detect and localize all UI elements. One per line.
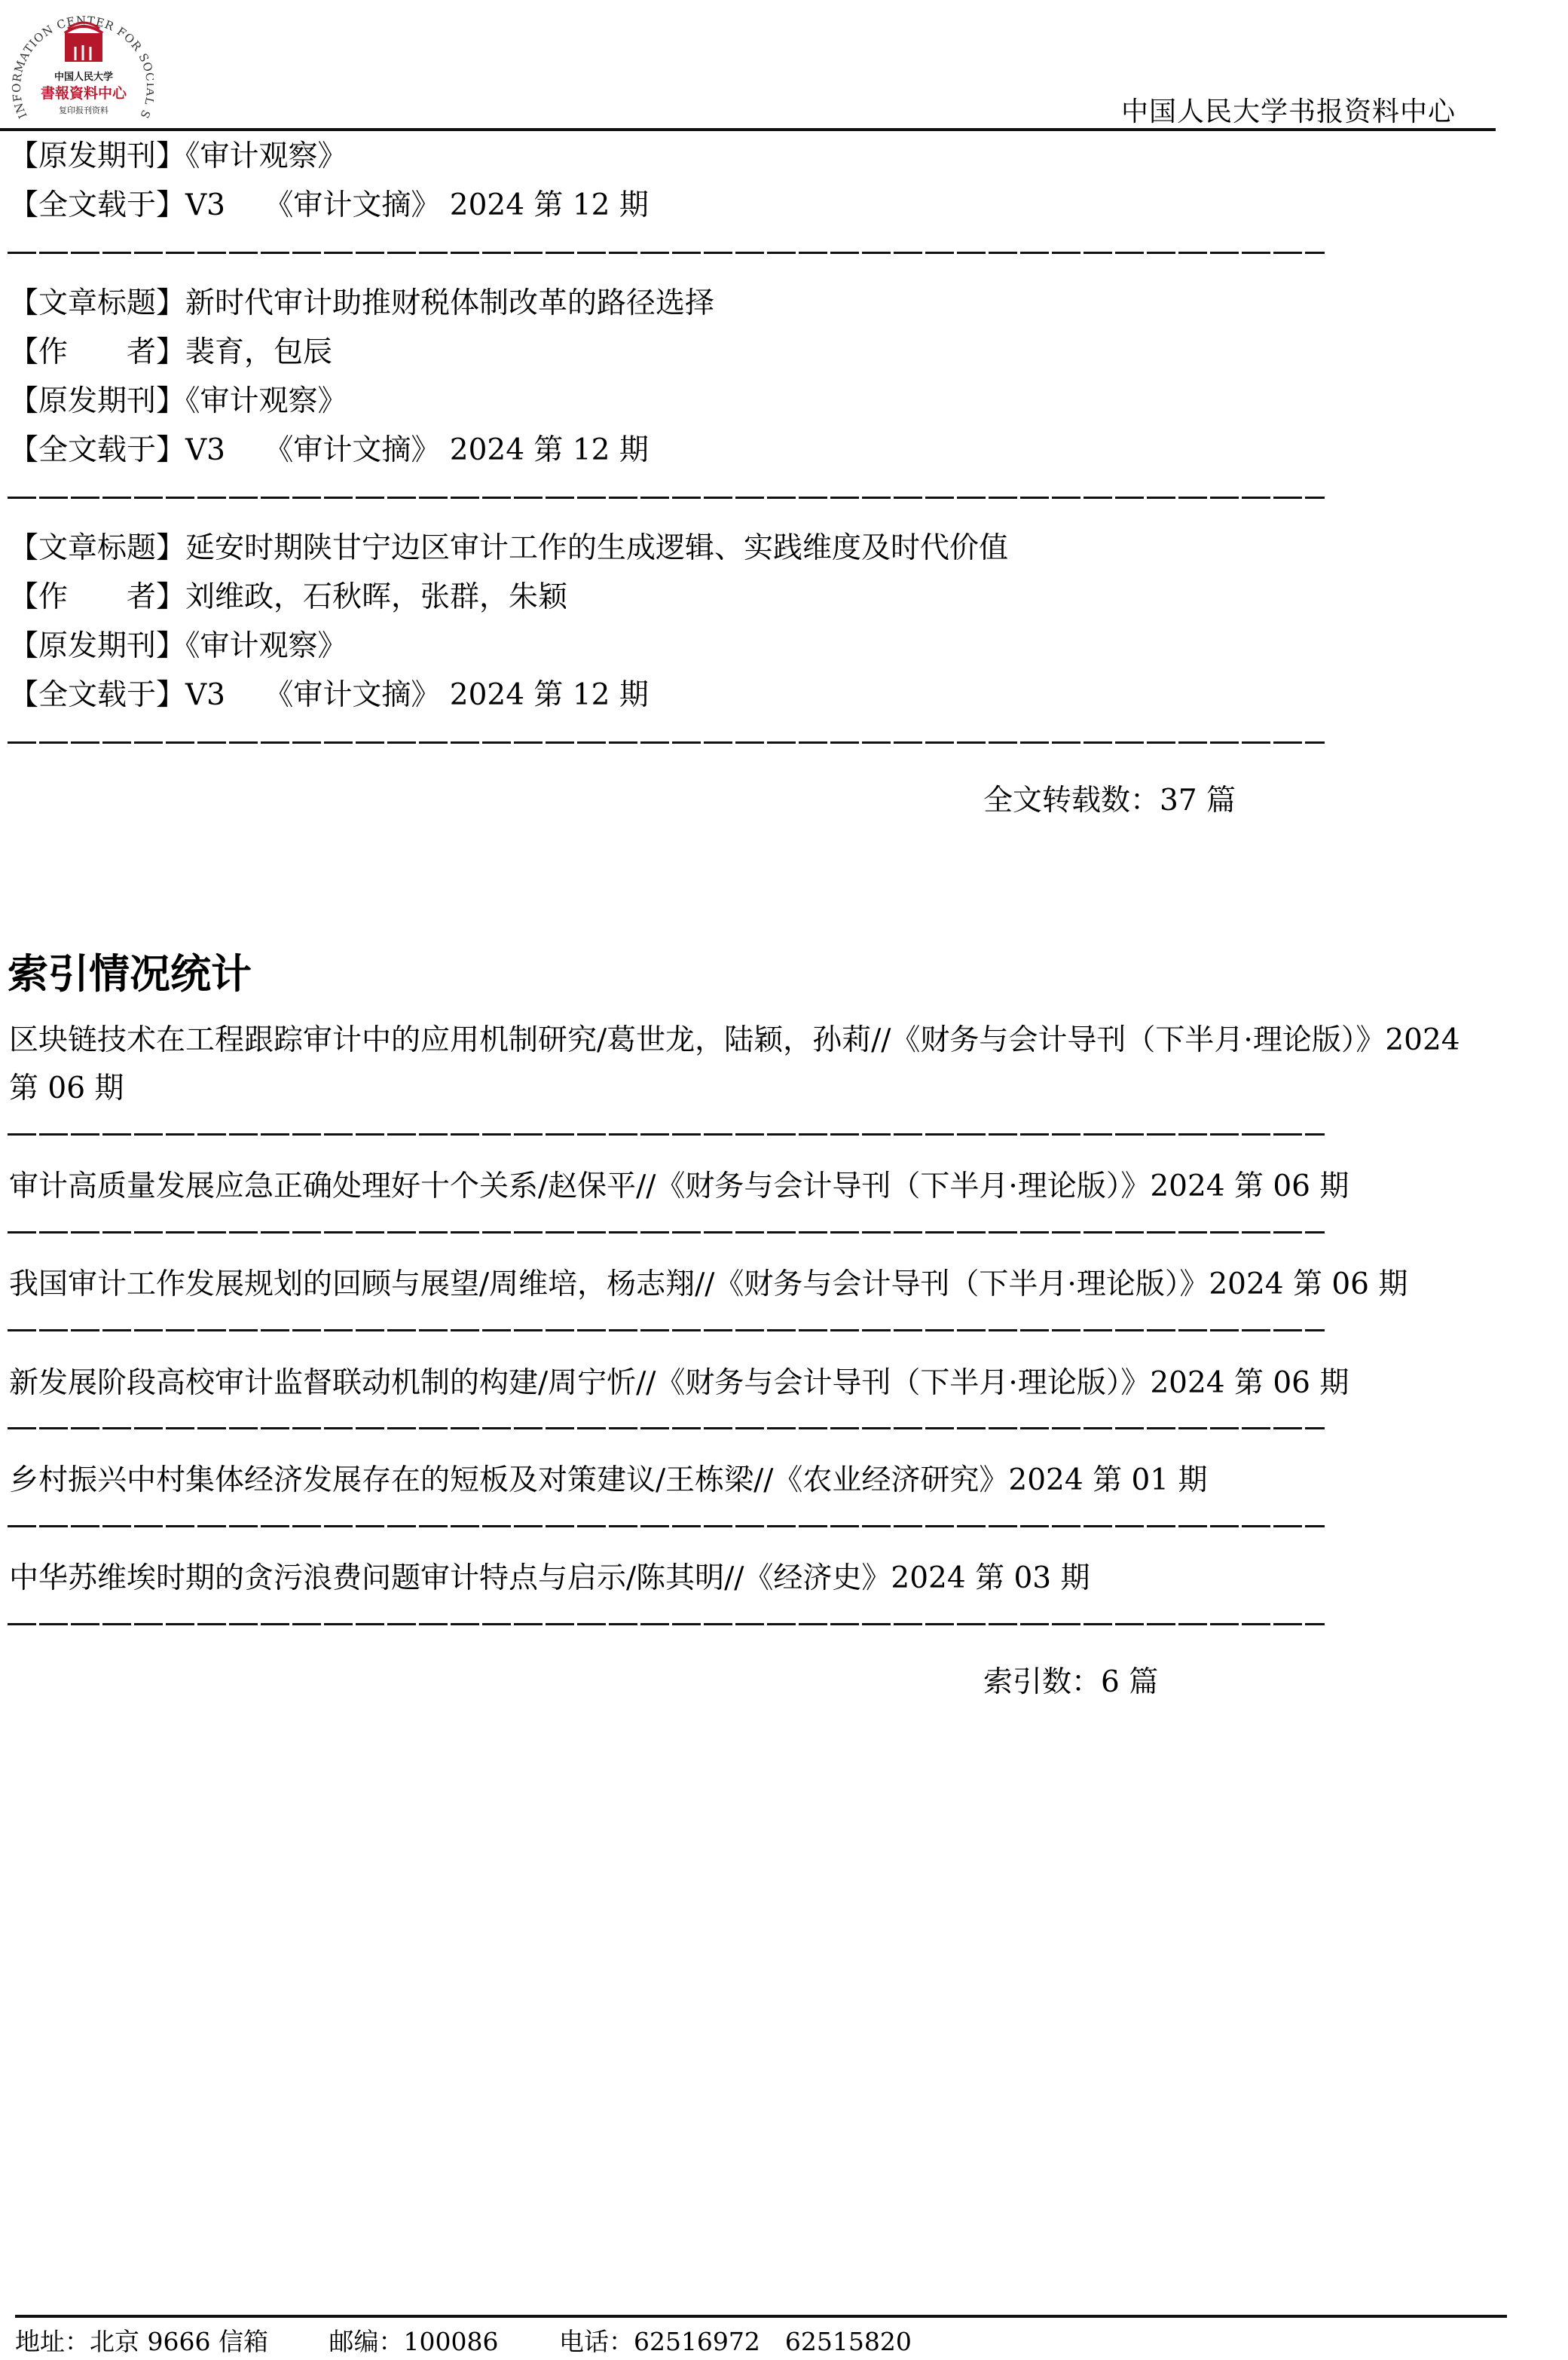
entry-field-title: 【文章标题】延安时期陕甘宁边区审计工作的生成逻辑、实践维度及时代价值: [9, 530, 1008, 567]
index-separator: [8, 1231, 1325, 1233]
field-label: 【全文载于】: [9, 678, 185, 712]
entry-field-title: 【文章标题】新时代审计助推财税体制改革的路径选择: [9, 286, 714, 322]
field-label: 【作 者】: [9, 580, 185, 614]
field-value: 延安时期陕甘宁边区审计工作的生成逻辑、实践维度及时代价值: [185, 531, 1008, 565]
field-value: 刘维政，石秋晖，张群，朱颖: [185, 580, 567, 614]
index-separator: [8, 1329, 1325, 1331]
header-title: 中国人民大学书报资料中心: [1121, 90, 1456, 129]
field-label: 【全文载于】: [9, 188, 185, 222]
section-title-index: 索引情况统计: [8, 942, 252, 1000]
entry-field-reprinted-in: 【全文载于】V3 《审计文摘》 2024 第 12 期: [9, 188, 649, 224]
index-item: 区块链技术在工程跟踪审计中的应用机制研究/葛世龙，陆颖，孙莉//《财务与会计导刊…: [9, 1023, 1460, 1059]
header-divider: [0, 128, 1496, 131]
field-label: 【文章标题】: [9, 286, 185, 320]
field-value: V3 《审计文摘》 2024 第 12 期: [185, 188, 649, 222]
logo-line2: 書報資料中心: [41, 84, 127, 102]
field-label: 【作 者】: [9, 335, 185, 369]
logo-line3: 复印报刊资料: [59, 105, 109, 115]
entry-field-reprinted-in: 【全文载于】V3 《审计文摘》 2024 第 12 期: [9, 433, 649, 469]
index-separator: [8, 1427, 1325, 1429]
field-label: 【文章标题】: [9, 531, 185, 565]
index-separator: [8, 1133, 1325, 1136]
field-value: 新时代审计助推财税体制改革的路径选择: [185, 286, 714, 320]
entry-separator: [8, 252, 1325, 254]
field-value: 裴育，包辰: [185, 335, 332, 369]
footer-postcode: 邮编：100086: [329, 2327, 498, 2356]
footer-address: 地址：北京 9666 信箱: [15, 2327, 268, 2356]
index-item-continuation: 第 06 期: [9, 1071, 124, 1107]
footer-divider: [15, 2315, 1507, 2318]
logo: INFORMATION CENTER FOR SOCIAL SCIENCES, …: [6, 3, 154, 127]
field-value: V3 《审计文摘》 2024 第 12 期: [185, 433, 649, 467]
logo-line1: 中国人民大学: [54, 71, 113, 83]
entry-field-journal: 【原发期刊】《审计观察》: [9, 384, 347, 420]
reprint-count: 全文转载数：37 篇: [983, 777, 1236, 819]
logo-arc-text: INFORMATION CENTER FOR SOCIAL SCIENCES, …: [6, 3, 154, 121]
index-separator: [8, 1623, 1325, 1625]
footer-phone: 电话：62516972 62515820: [559, 2327, 912, 2356]
index-separator: [8, 1525, 1325, 1527]
field-label: 【原发期刊】: [9, 139, 185, 173]
entry-field-journal: 【原发期刊】《审计观察》: [9, 139, 347, 175]
index-item: 中华苏维埃时期的贪污浪费问题审计特点与启示/陈其明//《经济史》2024 第 0…: [9, 1561, 1090, 1597]
entry-field-reprinted-in: 【全文载于】V3 《审计文摘》 2024 第 12 期: [9, 677, 649, 714]
index-item: 审计高质量发展应急正确处理好十个关系/赵保平//《财务与会计导刊（下半月·理论版…: [9, 1169, 1349, 1205]
field-value: 《审计观察》: [185, 384, 347, 418]
field-value: 《审计观察》: [185, 139, 347, 173]
logo-emblem-icon: INFORMATION CENTER FOR SOCIAL SCIENCES, …: [6, 3, 154, 127]
field-label: 【原发期刊】: [9, 384, 185, 418]
entry-field-author: 【作 者】裴育，包辰: [9, 335, 332, 371]
index-item: 乡村振兴中村集体经济发展存在的短板及对策建议/王栋梁//《农业经济研究》2024…: [9, 1463, 1208, 1499]
svg-text:INFORMATION CENTER FOR SOCIAL: INFORMATION CENTER FOR SOCIAL SCIENCES, …: [6, 3, 154, 121]
entry-separator: [8, 497, 1325, 499]
entry-field-author: 【作 者】刘维政，石秋晖，张群，朱颖: [9, 579, 567, 616]
index-item: 我国审计工作发展规划的回顾与展望/周维培，杨志翔//《财务与会计导刊（下半月·理…: [9, 1267, 1408, 1303]
index-item: 新发展阶段高校审计监督联动机制的构建/周宁忻//《财务与会计导刊（下半月·理论版…: [9, 1365, 1349, 1402]
field-label: 【原发期刊】: [9, 629, 185, 663]
field-value: V3 《审计文摘》 2024 第 12 期: [185, 678, 649, 712]
field-value: 《审计观察》: [185, 629, 347, 663]
entry-separator: [8, 741, 1325, 744]
field-label: 【全文载于】: [9, 433, 185, 467]
entry-field-journal: 【原发期刊】《审计观察》: [9, 628, 347, 665]
footer: 地址：北京 9666 信箱 邮编：100086 电话：62516972 6251…: [15, 2322, 964, 2358]
index-count: 索引数：6 篇: [983, 1658, 1158, 1701]
